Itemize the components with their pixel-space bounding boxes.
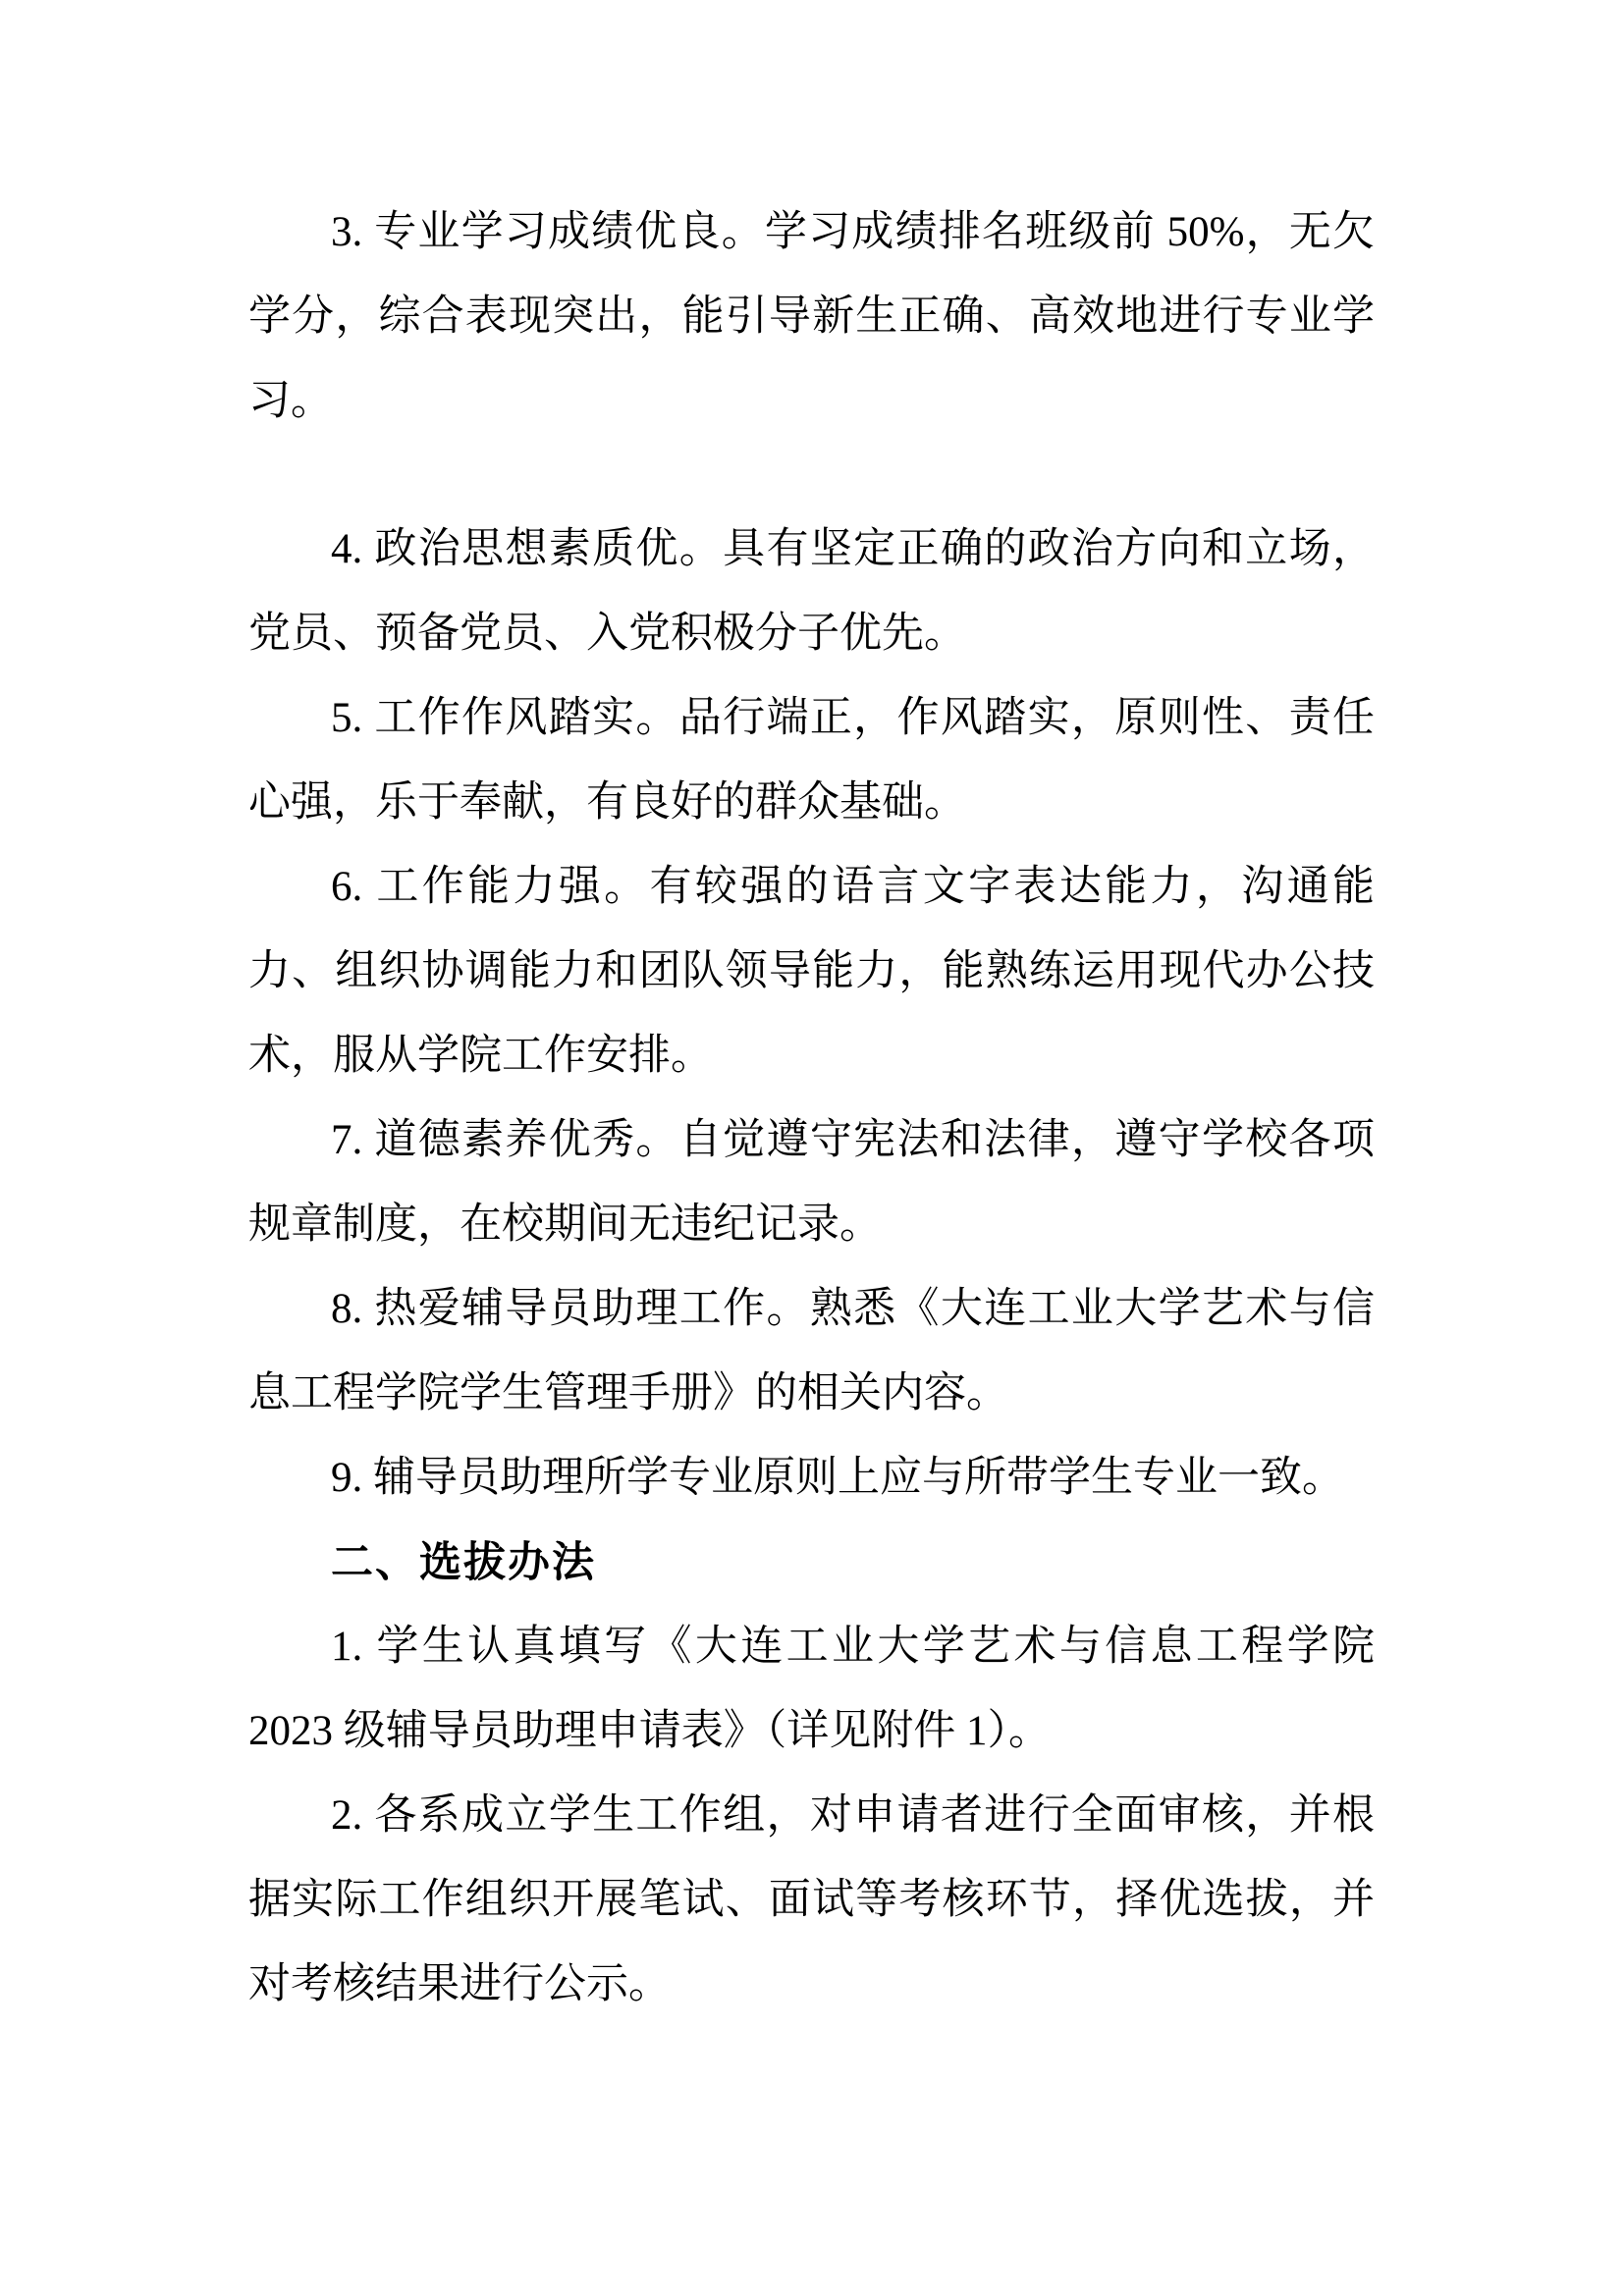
text-line: 规章制度，在校期间无违纪记录。 — [248, 1183, 1375, 1267]
document-page: 3. 专业学习成绩优良。学习成绩排名班级前 50%，无欠 学分，综合表现突出，能… — [0, 0, 1624, 2296]
text-line: 5. 工作作风踏实。品行端正，作风踏实，原则性、责任 — [248, 676, 1375, 761]
text-line: 1. 学生认真填写《大连工业大学艺术与信息工程学院 — [248, 1605, 1375, 1689]
text-line: 据实际工作组织开展笔试、面试等考核环节，择优选拔，并 — [248, 1858, 1375, 1943]
text-line: 8. 热爱辅导员助理工作。熟悉《大连工业大学艺术与信 — [248, 1267, 1375, 1352]
section-heading: 二、选拔办法 — [248, 1521, 1375, 1605]
text-line: 7. 道德素养优秀。自觉遵守宪法和法律，遵守学校各项 — [248, 1098, 1375, 1183]
text-line: 党员、预备党员、入党积极分子优先。 — [248, 592, 1375, 676]
text-line: 3. 专业学习成绩优良。学习成绩排名班级前 50%，无欠 — [248, 190, 1375, 275]
text-line: 2023 级辅导员助理申请表》（详见附件 1）。 — [248, 1689, 1375, 1774]
text-line: 术，服从学院工作安排。 — [248, 1014, 1375, 1098]
text-line: 2. 各系成立学生工作组，对申请者进行全面审核，并根 — [248, 1774, 1375, 1858]
text-line: 力、组织协调能力和团队领导能力，能熟练运用现代办公技 — [248, 930, 1375, 1014]
text-line: 习。 — [248, 359, 1375, 444]
text-block: 3. 专业学习成绩优良。学习成绩排名班级前 50%，无欠 学分，综合表现突出，能… — [248, 190, 1375, 2027]
text-line: 心强，乐于奉献，有良好的群众基础。 — [248, 761, 1375, 845]
paragraph-gap — [248, 444, 1375, 507]
text-line: 息工程学院学生管理手册》的相关内容。 — [248, 1352, 1375, 1436]
text-line: 4. 政治思想素质优。具有坚定正确的政治方向和立场， — [248, 507, 1375, 592]
text-line: 6. 工作能力强。有较强的语言文字表达能力，沟通能 — [248, 845, 1375, 930]
text-line: 学分，综合表现突出，能引导新生正确、高效地进行专业学 — [248, 275, 1375, 359]
text-line: 9. 辅导员助理所学专业原则上应与所带学生专业一致。 — [248, 1436, 1375, 1521]
text-line: 对考核结果进行公示。 — [248, 1943, 1375, 2027]
